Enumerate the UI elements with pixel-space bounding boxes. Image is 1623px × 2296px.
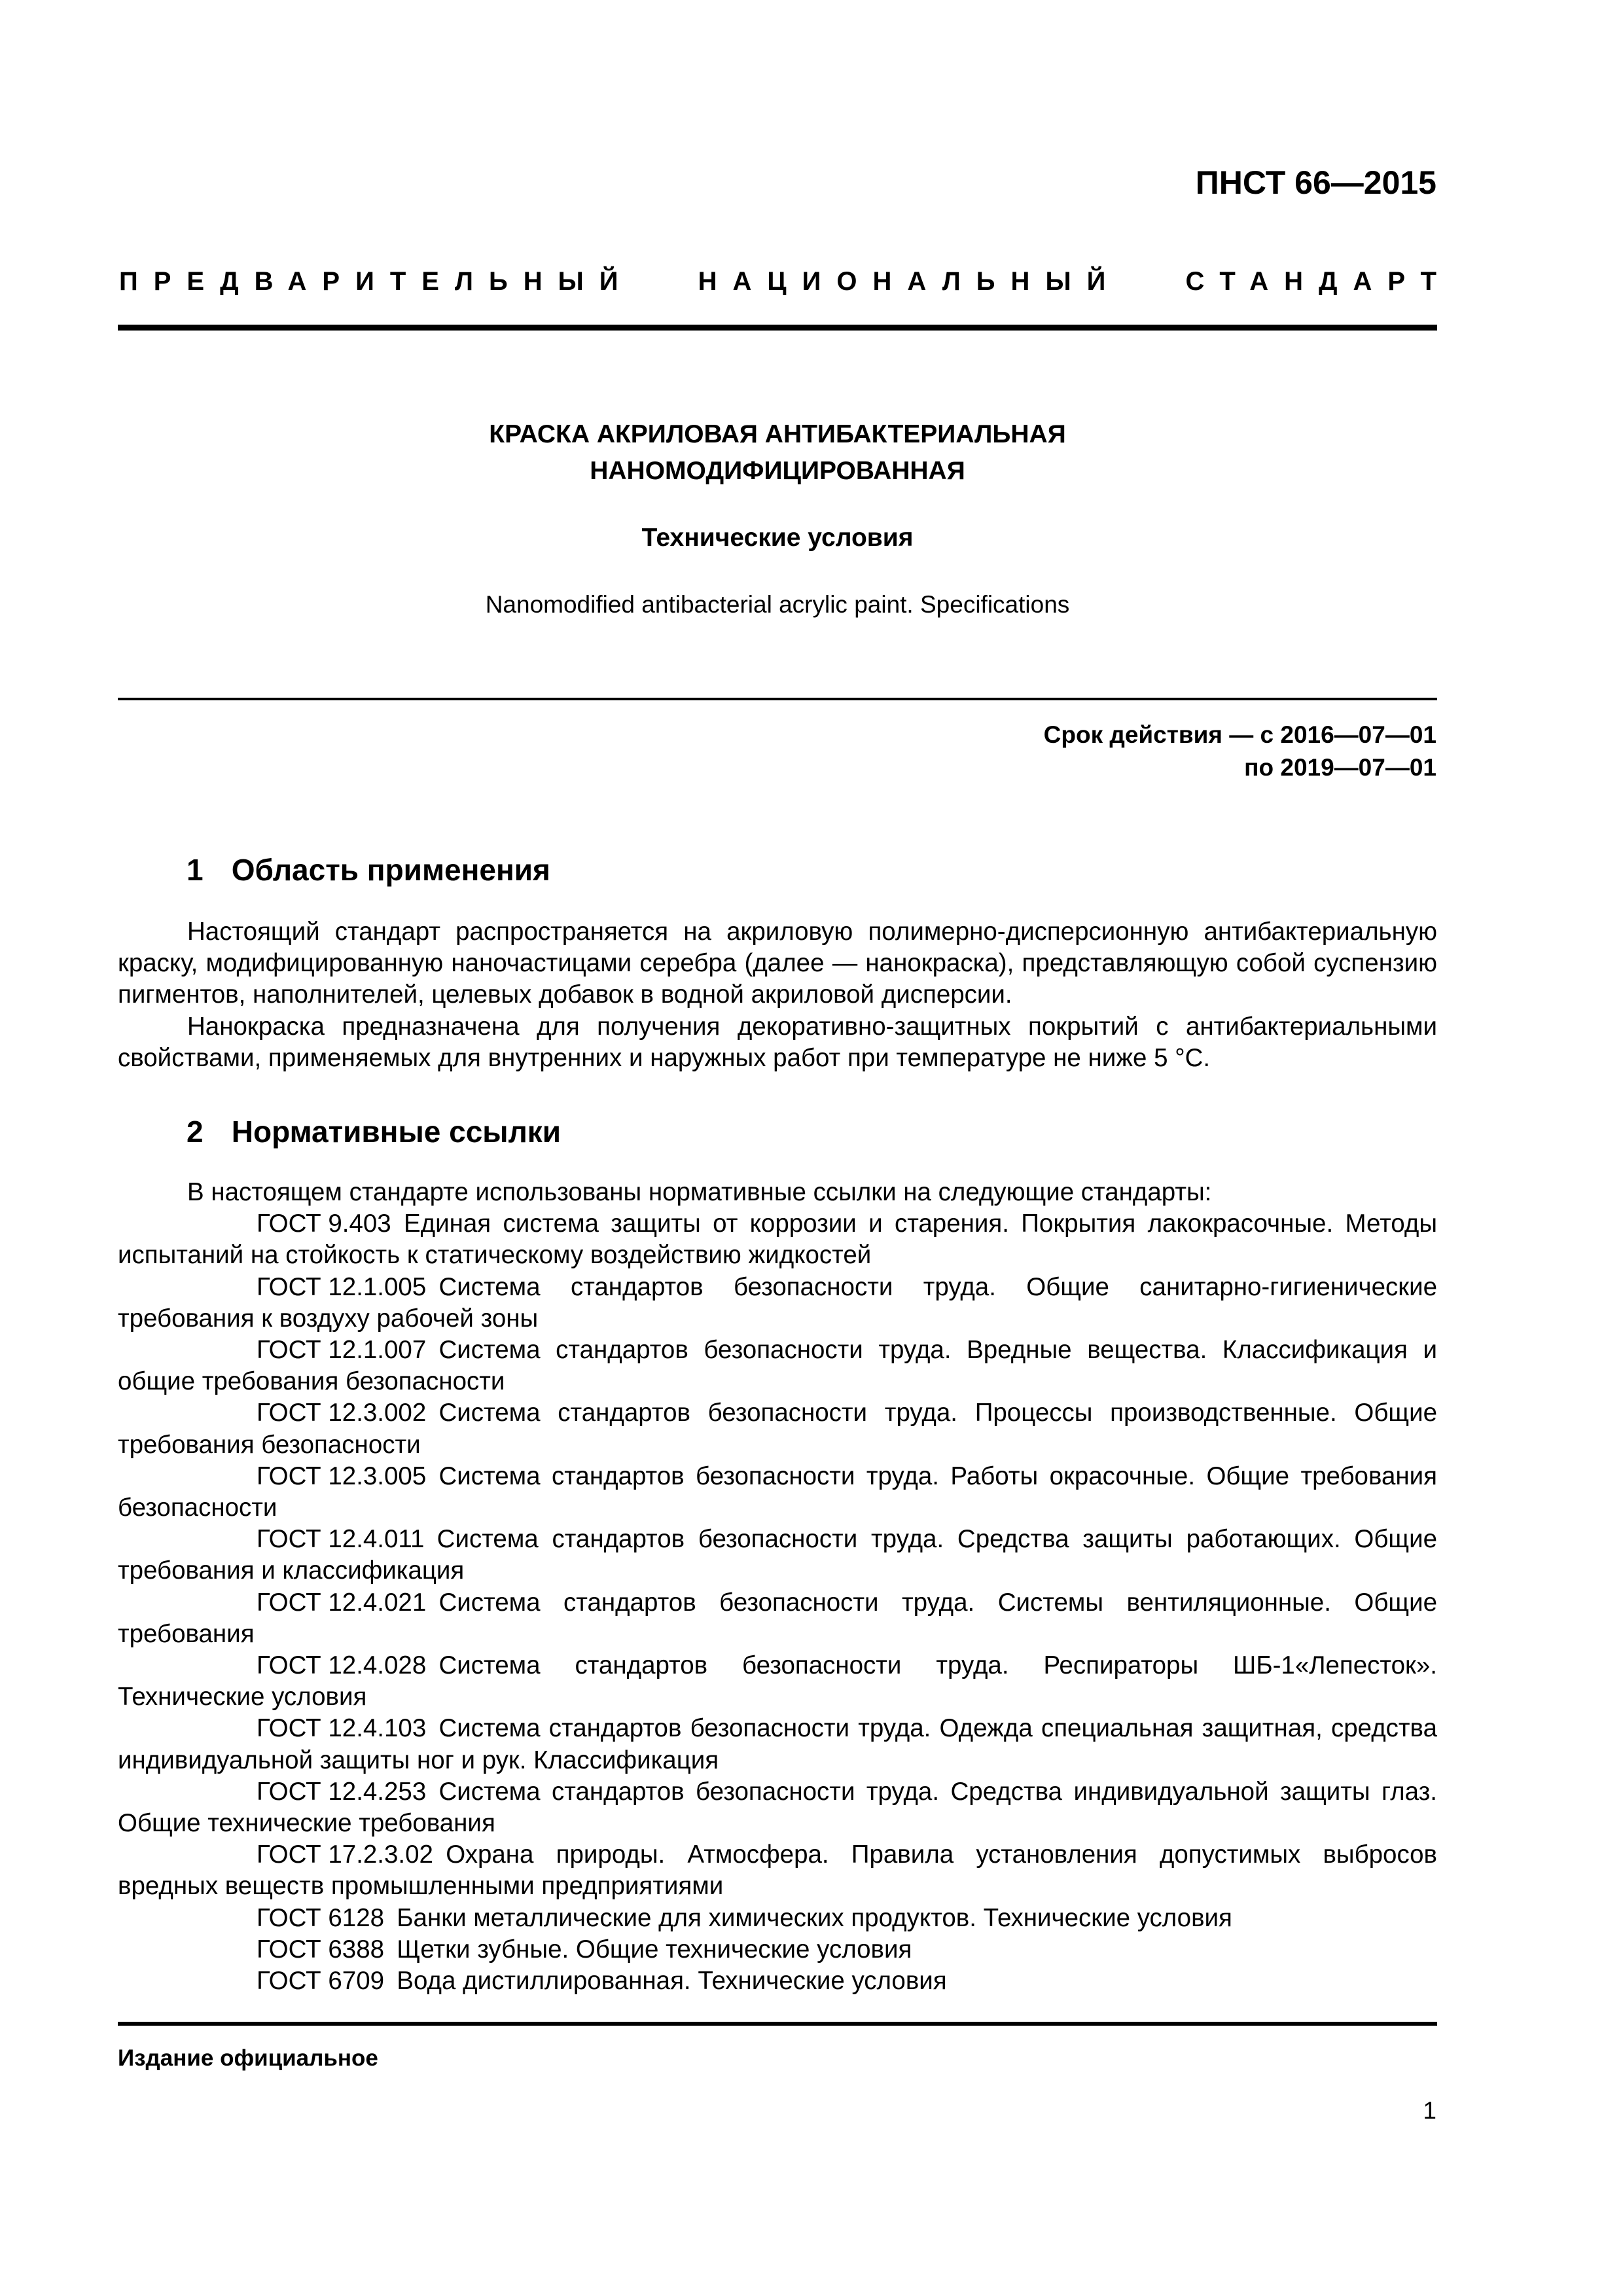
standard-type-word-1: ПРЕДВАРИТЕЛЬНЫЙ (119, 267, 634, 296)
references-intro: В настоящем стандарте использованы норма… (118, 1177, 1437, 1208)
header-rule (118, 325, 1437, 331)
reference-code: ГОСТ 12.3.005 (187, 1461, 426, 1492)
reference-item: ГОСТ 12.4.253 Система стандартов безопас… (118, 1776, 1437, 1839)
reference-code: ГОСТ 12.4.011 (187, 1524, 424, 1555)
reference-code: ГОСТ 12.1.005 (187, 1272, 426, 1303)
reference-item: ГОСТ 12.3.002 Система стандартов безопас… (118, 1397, 1437, 1460)
reference-item: ГОСТ 6128 Банки металлические для химиче… (118, 1903, 1437, 1934)
section-1-body: Настоящий стандарт распространяется на а… (118, 916, 1437, 1074)
standard-type-word-3: СТАНДАРТ (1185, 267, 1452, 296)
document-page: ПНСТ 66—2015 ПРЕДВАРИТЕЛЬНЫЙ НАЦИОНАЛЬНЫ… (0, 0, 1623, 2296)
page-number: 1 (1423, 2097, 1436, 2125)
reference-code: ГОСТ 12.4.021 (187, 1587, 426, 1619)
section-2-body: В настоящем стандарте использованы норма… (118, 1177, 1437, 1997)
title-line-1: КРАСКА АКРИЛОВАЯ АНТИБАКТЕРИАЛЬНАЯ (118, 416, 1437, 453)
reference-code: ГОСТ 9.403 (187, 1208, 391, 1240)
reference-item: ГОСТ 12.4.103 Система стандартов безопас… (118, 1713, 1437, 1776)
reference-code: ГОСТ 12.4.253 (187, 1776, 426, 1808)
reference-item: ГОСТ 12.4.028 Система стандартов безопас… (118, 1650, 1437, 1713)
reference-code: ГОСТ 17.2.3.02 (187, 1839, 433, 1871)
reference-title: Вода дистиллированная. Технические услов… (397, 1967, 946, 1995)
reference-item: ГОСТ 9.403 Единая система защиты от корр… (118, 1208, 1437, 1271)
reference-item: ГОСТ 12.4.011 Система стандартов безопас… (118, 1524, 1437, 1587)
reference-item: ГОСТ 17.2.3.02 Охрана природы. Атмосфера… (118, 1839, 1437, 1902)
standard-type-banner: ПРЕДВАРИТЕЛЬНЫЙ НАЦИОНАЛЬНЫЙ СТАНДАРТ (119, 267, 1436, 296)
reference-code: ГОСТ 12.3.002 (187, 1397, 426, 1429)
reference-code: ГОСТ 6709 (187, 1965, 384, 1997)
references-list: ГОСТ 9.403 Единая система защиты от корр… (118, 1208, 1437, 1997)
reference-code: ГОСТ 6388 (187, 1934, 384, 1965)
reference-code: ГОСТ 12.4.028 (187, 1650, 426, 1681)
paragraph: Настоящий стандарт распространяется на а… (118, 916, 1437, 1011)
document-code: ПНСТ 66—2015 (1196, 164, 1436, 202)
reference-title: Щетки зубные. Общие технические условия (397, 1935, 912, 1964)
validity-end: по 2019—07—01 (1044, 751, 1436, 784)
reference-item: ГОСТ 6388 Щетки зубные. Общие технически… (118, 1934, 1437, 1965)
reference-item: ГОСТ 12.1.007 Система стандартов безопас… (118, 1335, 1437, 1397)
section-number: 1 (187, 852, 223, 888)
english-title: Nanomodified antibacterial acrylic paint… (118, 591, 1437, 619)
reference-code: ГОСТ 12.4.103 (187, 1713, 426, 1744)
reference-code: ГОСТ 12.1.007 (187, 1335, 426, 1366)
title-rule (118, 698, 1437, 700)
validity-period: Срок действия — с 2016—07—01 по 2019—07—… (1044, 719, 1436, 784)
section-heading-1: 1 Область применения (187, 852, 550, 888)
section-title: Область применения (232, 853, 550, 887)
title-line-2: НАНОМОДИФИЦИРОВАННАЯ (118, 453, 1437, 490)
reference-item: ГОСТ 12.1.005 Система стандартов безопас… (118, 1272, 1437, 1335)
document-subtitle: Технические условия (118, 524, 1437, 552)
reference-item: ГОСТ 12.4.021 Система стандартов безопас… (118, 1587, 1437, 1650)
validity-start: Срок действия — с 2016—07—01 (1044, 719, 1436, 751)
reference-code: ГОСТ 6128 (187, 1903, 384, 1934)
reference-item: ГОСТ 6709 Вода дистиллированная. Техниче… (118, 1965, 1437, 1997)
footer-rule (118, 2022, 1437, 2026)
paragraph: Нанокраска предназначена для получения д… (118, 1011, 1437, 1074)
document-title: КРАСКА АКРИЛОВАЯ АНТИБАКТЕРИАЛЬНАЯ НАНОМ… (118, 416, 1437, 490)
reference-item: ГОСТ 12.3.005 Система стандартов безопас… (118, 1461, 1437, 1524)
edition-label: Издание официальное (118, 2045, 378, 2072)
section-title: Нормативные ссылки (232, 1115, 561, 1149)
section-heading-2: 2 Нормативные ссылки (187, 1114, 561, 1149)
section-number: 2 (187, 1114, 223, 1149)
reference-title: Банки металлические для химических проду… (397, 1904, 1232, 1932)
standard-type-word-2: НАЦИОНАЛЬНЫЙ (698, 267, 1122, 296)
